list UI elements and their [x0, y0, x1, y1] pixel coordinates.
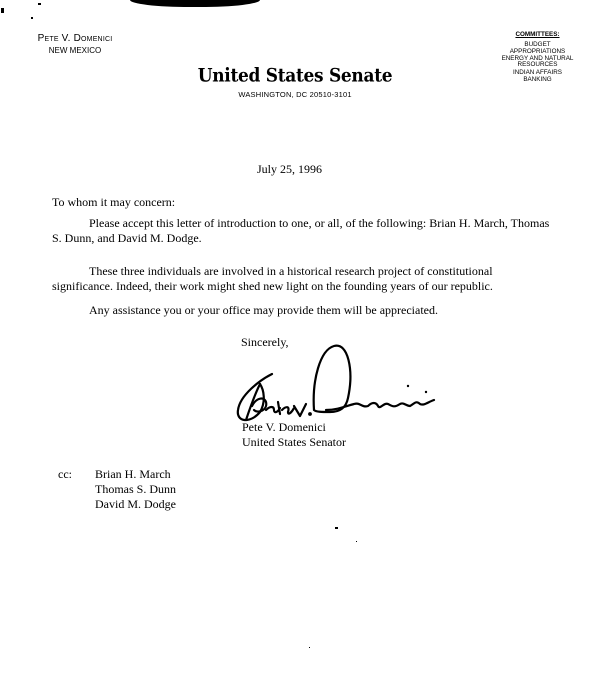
- paragraph-text: These three individuals are involved in …: [52, 264, 493, 293]
- committee-item: INDIAN AFFAIRS: [470, 69, 605, 77]
- salutation: To whom it may concern:: [52, 195, 175, 210]
- scan-blot: [130, 0, 260, 7]
- committee-item: BUDGET: [470, 41, 605, 49]
- committees-header: COMMITTEES:: [470, 31, 605, 39]
- signature: [230, 340, 450, 430]
- paragraph: Any assistance you or your office may pr…: [52, 303, 552, 318]
- scan-speck: [31, 17, 33, 19]
- cc-recipient: David M. Dodge: [95, 497, 176, 512]
- paragraph-text: Please accept this letter of introductio…: [52, 216, 549, 245]
- cc-recipient: Brian H. March: [95, 467, 176, 482]
- paragraph: Please accept this letter of introductio…: [52, 216, 552, 246]
- committee-item: BANKING: [470, 76, 605, 84]
- cc-label: cc:: [58, 467, 72, 482]
- scan-speck: [1, 8, 4, 13]
- institution-address: WASHINGTON, DC 20510-3101: [210, 90, 380, 99]
- paragraph: These three individuals are involved in …: [52, 264, 552, 294]
- cc-recipient: Thomas S. Dunn: [95, 482, 176, 497]
- institution-title: United States Senate: [190, 65, 400, 87]
- letter-date: July 25, 1996: [257, 162, 322, 177]
- signer-title: United States Senator: [242, 435, 346, 450]
- sender-name: Pete V. Domenici: [0, 33, 150, 44]
- committees-list: COMMITTEES: BUDGET APPROPRIATIONS ENERGY…: [470, 31, 605, 84]
- scan-speck: [356, 541, 357, 542]
- paragraph-text: Any assistance you or your office may pr…: [89, 303, 438, 317]
- scan-speck: [335, 527, 338, 529]
- sender-state: NEW MEXICO: [0, 46, 150, 55]
- scan-speck: [309, 647, 310, 648]
- committee-item: ENERGY AND NATURAL RESOURCES: [498, 56, 578, 69]
- cc-list: Brian H. March Thomas S. Dunn David M. D…: [95, 467, 176, 512]
- scan-speck: [38, 3, 41, 5]
- signer-name: Pete V. Domenici: [242, 420, 326, 435]
